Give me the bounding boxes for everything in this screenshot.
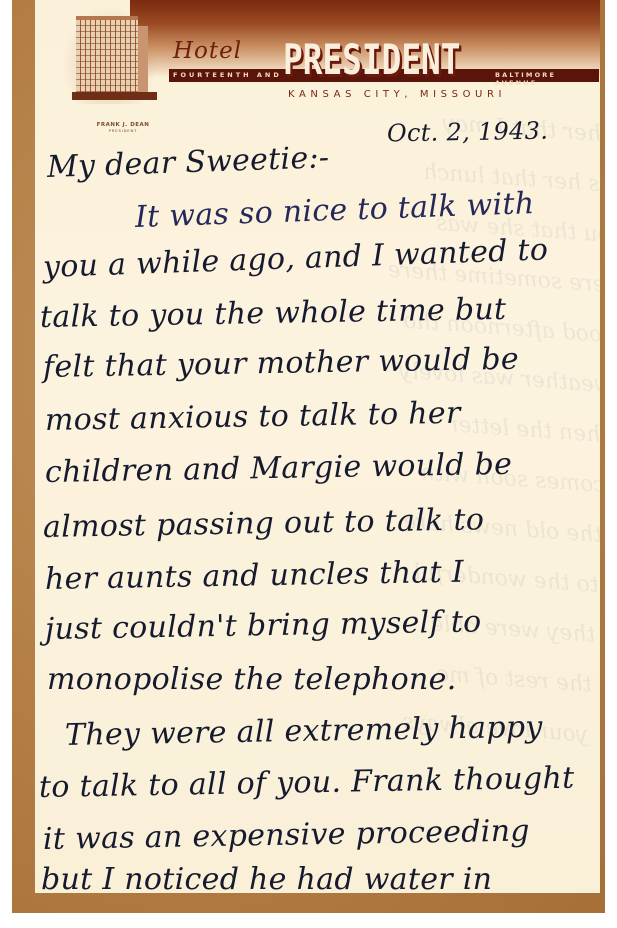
letterhead-hotel-name: PRESIDENT (283, 38, 461, 82)
letter-line: her aunts and uncles that I (45, 555, 465, 597)
hotel-base (72, 92, 157, 100)
hotel-building-illustration (62, 4, 157, 104)
letter-line: most anxious to talk to her (45, 396, 461, 438)
letterhead-street-left: FOURTEENTH AND (173, 71, 282, 79)
letterhead-street-right: BALTIMORE AVENUE (495, 71, 600, 87)
letterhead-manager: FRANK J. DEAN PRESIDENT (88, 122, 158, 133)
letter-line: monopolise the telephone. (47, 662, 457, 697)
letter-salutation: My dear Sweetie:- (46, 140, 329, 185)
letterhead-city: KANSAS CITY, MISSOURI (288, 89, 506, 100)
manager-title: PRESIDENT (88, 128, 158, 133)
letterhead-hotel-script: Hotel (173, 38, 242, 64)
letter-line: but I noticed he had water in (41, 862, 492, 893)
letter-page: to her that I may has her that lunch you… (35, 0, 600, 893)
letter-date: Oct. 2, 1943. (387, 117, 549, 148)
hotel-tower-icon (76, 16, 138, 98)
